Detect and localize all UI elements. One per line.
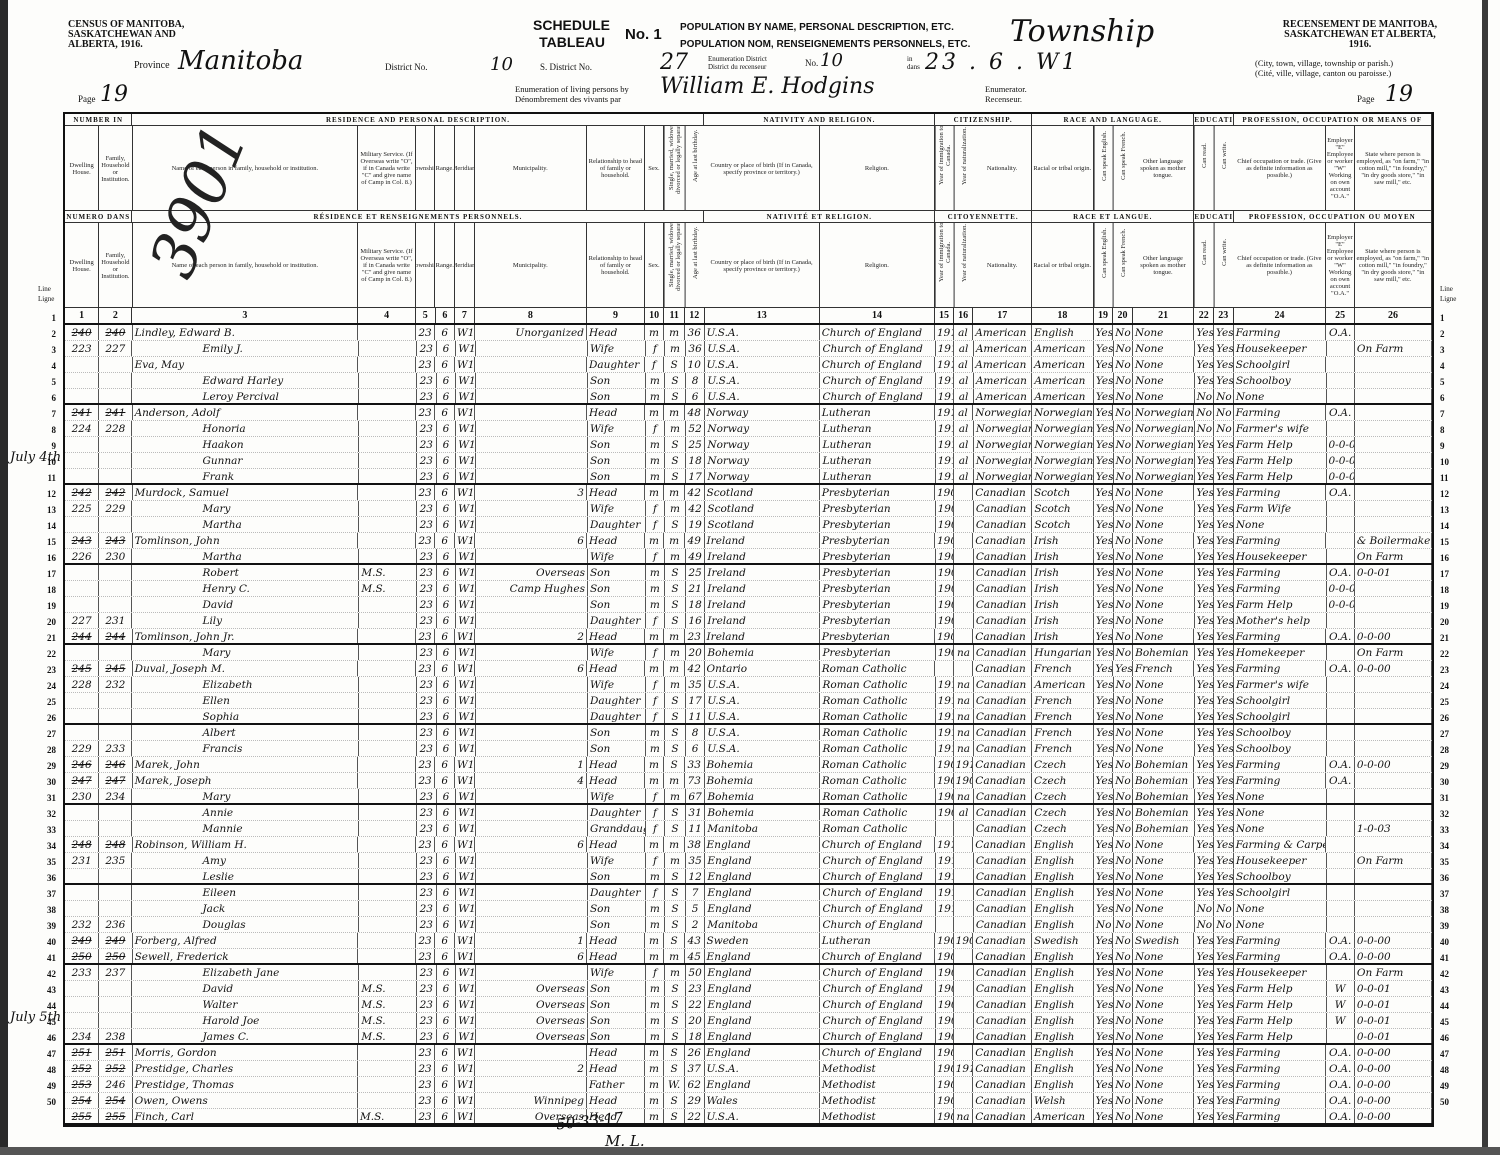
cell-read: Yes [1195,853,1215,868]
column-header: Can write. [1214,211,1234,307]
cell-mun: 4 [475,773,587,788]
cell-other_lang: Norwegian [1133,469,1195,483]
cell-twp: 23 [417,709,437,723]
cell-occ: Schoolgirl [1234,709,1327,723]
cell-c2: 235 [99,853,132,868]
line-number: 23 [30,662,56,678]
cell-read: Yes [1195,677,1215,692]
line-number: 15 [1440,534,1466,550]
cell-name: Jack [132,901,359,916]
cell-fr: No [1114,341,1134,356]
line-number: 24 [30,678,56,694]
cell-age: 33 [685,757,705,772]
cell-write: Yes [1214,533,1234,548]
cell-name: Mary [132,501,359,516]
column-number: 25 [1326,308,1354,323]
cell-imm: 1913 [935,325,954,340]
cell-mun: 2 [475,629,587,643]
cell-rel: Son [588,389,646,403]
cell-mun [476,453,588,468]
cell-eng: Yes [1094,709,1114,723]
cell-fr: No [1113,1061,1133,1076]
cell-write: Yes [1214,341,1234,356]
cell-where [1355,581,1432,596]
cell-sex: f [645,357,665,372]
cell-write: Yes [1214,837,1234,852]
cell-where: 0-0-01 [1355,1029,1432,1043]
cell-write: Yes [1214,869,1234,883]
cell-twp: 23 [417,517,437,532]
cell-rel_gion: Roman Catholic [820,661,935,676]
table-row: 242242Murdock, Samuel236W13Headmm42Scotl… [65,485,1432,501]
cell-rel_gion: Roman Catholic [820,709,935,723]
cell-emp [1327,869,1355,883]
cell-rge: 6 [435,1109,455,1123]
cell-nationality: Canadian [974,645,1033,660]
cell-rel: Son [588,869,646,883]
cell-nat_yr: al [954,805,974,820]
cell-nationality: Canadian [974,613,1033,628]
cell-mer: W1 [455,773,475,788]
margin-date-note: July 5th [10,1010,61,1025]
cell-rge: 6 [437,1013,457,1028]
cell-twp: 23 [417,981,437,996]
cell-mar: S [665,693,686,708]
cell-where: 0-0-01 [1355,981,1432,996]
cell-name: Ellen [132,693,359,708]
cell-c2: 244 [99,629,132,643]
column-header: Country or place of birth (If in Canada,… [704,211,819,307]
line-label-en: Line [38,284,54,294]
cell-read: Yes [1195,869,1215,883]
cell-name: Sophia [132,709,359,723]
cell-nationality: Canadian [974,501,1033,516]
cell-rel_gion: Church of England [820,837,935,852]
cell-name: Prestidge, Thomas [133,1077,358,1092]
cell-mer: W1 [456,501,476,516]
cell-mar: S [664,757,685,772]
line-number: 41 [1440,950,1466,966]
cell-age: 23 [686,981,706,996]
cell-birth: England [705,1045,820,1060]
cell-mun: 6 [475,837,587,852]
column-number: 18 [1032,308,1094,323]
cell-nationality: Canadian [974,677,1033,692]
cell-occ: Farming [1234,1109,1327,1123]
cell-read: Yes [1195,373,1215,388]
cell-twp: 23 [417,373,437,388]
cell-where [1355,677,1432,692]
cell-name: Lily [132,613,359,628]
cell-rel: Wife [588,501,646,516]
cell-occ: Housekeeper [1234,341,1327,356]
cell-nat_yr: al [954,373,974,388]
cell-birth: U.S.A. [705,741,820,756]
cell-eng: Yes [1094,885,1114,900]
cell-mil [359,341,417,356]
table-row: Eileen236W1DaughterfS7EnglandChurch of E… [65,885,1432,901]
cell-sex: m [646,453,666,468]
cell-where [1355,837,1432,852]
column-header: Religion. [820,211,935,307]
cell-mar: S [665,741,686,756]
cell-mil [359,901,417,916]
line-number: 6 [1440,390,1466,406]
cell-origin: Irish [1032,629,1094,643]
cell-read: Yes [1195,549,1215,563]
cell-occ: Farming [1234,325,1327,340]
cell-where: & Boilermaker [1355,533,1432,548]
cell-imm: 1908 [936,517,955,532]
cell-c2: 255 [99,1109,132,1123]
cell-eng: Yes [1094,981,1114,996]
cell-nat_yr: al [954,437,974,452]
cell-occ: Schoolgirl [1234,357,1327,372]
cell-age: 18 [686,597,706,612]
cell-other_lang: None [1133,581,1195,596]
cell-read: Yes [1194,757,1214,772]
cell-sex: m [646,725,666,740]
cell-mer: W1 [455,1109,475,1123]
cell-nat_yr [954,533,974,548]
cell-rge: 6 [435,1045,455,1060]
cell-mun [476,725,588,740]
column-header: Religion. [820,114,935,210]
cell-age: 49 [686,549,706,563]
cell-mun: 1 [475,757,587,772]
cell-eng: Yes [1094,741,1114,756]
cell-emp [1326,837,1354,852]
cell-age: 43 [685,933,705,948]
cell-mun [476,965,588,980]
line-number: 13 [1440,502,1466,518]
cell-twp: 23 [416,485,436,500]
cell-occ: Schoolboy [1234,869,1327,883]
cell-mun [476,597,588,612]
cell-birth: Norway [705,469,820,483]
cell-mil [359,421,417,436]
cell-occ: Farming [1234,405,1327,420]
cell-occ: Farming [1234,773,1327,788]
cell-fr: No [1114,1013,1134,1028]
cell-occ: Farm Wife [1234,501,1327,516]
cell-sex: m [646,437,666,452]
cell-birth: Ireland [705,565,820,580]
cell-name: Morris, Gordon [133,1045,358,1060]
cell-twp: 23 [417,965,437,980]
cell-c1: 227 [65,613,99,628]
cell-mun [475,1045,587,1060]
cell-imm: 1912 [935,837,954,852]
cell-rel_gion: Church of England [820,1013,935,1028]
cell-rge: 6 [437,997,457,1012]
cell-read: Yes [1194,773,1214,788]
cell-nationality: Canadian [973,629,1032,643]
header-row-en: Dwelling House.Family, Household or Inst… [65,114,1432,211]
cell-twp: 23 [417,821,437,836]
cell-rel_gion: Presbyterian [820,565,935,580]
cell-emp [1327,421,1355,436]
cell-c1: 224 [65,421,99,436]
cell-rel: Son [588,1013,646,1028]
cell-name: Albert [132,725,359,740]
cell-rel: Daughter [588,805,646,820]
cell-nationality: Canadian [973,1109,1032,1123]
cell-where: On Farm [1355,853,1432,868]
cell-rel: Son [588,901,646,916]
cell-occ: None [1234,805,1327,820]
cell-emp: O.A. [1326,1061,1354,1076]
table-row: 252252Prestidge, Charles236W12HeadmS37U.… [65,1061,1432,1077]
column-header: Municipality. [475,211,587,307]
enum-no-value: 10 [820,50,843,71]
cell-read: No [1195,389,1215,403]
cell-eng: Yes [1094,1077,1114,1092]
column-header: Can speak English. [1094,211,1114,307]
cell-other_lang: Bohemian [1133,805,1195,820]
cell-nat_yr: na [954,789,974,803]
cell-imm: 1907 [936,613,955,628]
column-header: Meridian. [455,114,475,210]
cell-nationality: Norwegian [974,421,1033,436]
cell-mil [358,933,416,948]
column-number: 4 [358,308,416,323]
table-row: 230234Mary236W1Wifefm67BohemiaRoman Cath… [65,789,1432,805]
cell-mil: M.S. [359,997,417,1012]
cell-read: Yes [1195,709,1215,723]
cell-eng: Yes [1094,821,1114,836]
cell-write: Yes [1214,373,1234,388]
column-header: Family, Household or Institution. [99,211,132,307]
line-number: 11 [1440,470,1466,486]
cell-write: Yes [1214,741,1234,756]
cell-twp: 23 [416,949,436,963]
cell-sex: m [646,981,666,996]
cell-origin: Irish [1032,549,1094,563]
column-header: Can read. [1194,114,1214,210]
cell-twp: 23 [417,725,437,740]
cell-imm: 1907 [935,533,954,548]
cell-fr: No [1114,469,1134,483]
cell-rel_gion: Presbyterian [820,533,935,548]
cell-twp: 23 [417,869,437,883]
cell-mil [359,853,417,868]
cell-eng: Yes [1094,549,1114,563]
cell-mil [359,885,417,900]
cell-mer: W1 [455,661,475,676]
cell-birth: Manitoba [705,917,820,932]
cell-rge: 6 [435,949,455,963]
cell-eng: Yes [1094,1093,1114,1108]
cell-eng: Yes [1094,453,1114,468]
column-number: 15 [935,308,954,323]
cell-nationality: American [974,389,1033,403]
cell-fr: No [1114,981,1134,996]
cell-name: Robert [132,565,359,580]
cell-where [1355,421,1432,436]
cell-mun: Overseas [476,997,588,1012]
cell-c1 [65,645,99,660]
cell-origin: Norwegian [1032,453,1094,468]
cell-rge: 6 [437,421,457,436]
cell-mil [359,709,417,723]
cell-rel: Wife [588,421,646,436]
line-number: 15 [30,534,56,550]
cell-twp: 23 [417,421,437,436]
table-row: Mary236W1Wifefm20BohemiaPresbyterian1907… [65,645,1432,661]
cell-mer: W1 [456,965,476,980]
cell-where [1355,597,1432,612]
table-row: WalterM.S.236W1OverseasSonmS22EnglandChu… [65,997,1432,1013]
cell-origin: English [1032,853,1094,868]
cell-nat_yr: na [954,1109,974,1123]
line-number: 20 [1440,614,1466,630]
cell-mer: W1 [456,645,476,660]
cell-c1 [65,453,99,468]
cell-rel: Head [587,933,645,948]
cell-twp: 23 [417,789,437,803]
cell-occ: Farming [1234,485,1327,500]
cell-read: Yes [1195,997,1215,1012]
cell-read: Yes [1194,1109,1214,1123]
cell-mun [476,437,588,452]
cell-occ: Farming [1234,533,1327,548]
cell-nat_yr [954,565,974,580]
cell-emp: 0-0-01 [1327,469,1355,483]
cell-mer: W1 [455,949,475,963]
cell-mar: m [664,325,685,340]
cell-mil [358,757,416,772]
cell-sex: m [646,389,666,403]
cell-origin: American [1032,389,1094,403]
column-number: 20 [1113,308,1133,323]
cell-nat_yr: al [954,469,974,483]
cell-nat_yr [954,837,974,852]
line-number: 12 [30,486,56,502]
cell-rel_gion: Roman Catholic [820,821,935,836]
cell-imm: 1900 [936,805,955,820]
cell-mar: S [665,821,686,836]
cell-twp: 23 [417,453,437,468]
cell-mer: W1 [456,341,476,356]
cell-nationality: Canadian [974,725,1033,740]
cell-sex: f [646,341,666,356]
cell-sex: m [645,757,665,772]
cell-mer: W1 [456,821,476,836]
cell-origin: American [1032,677,1094,692]
cell-eng: Yes [1094,853,1114,868]
cell-imm: 1906 [935,949,954,963]
cell-c2 [99,357,132,372]
line-number: 44 [1440,998,1466,1014]
column-number: 7 [455,308,475,323]
cell-nat_yr: al [954,325,974,340]
cell-name: Sewell, Frederick [133,949,358,963]
cell-age: 36 [685,325,705,340]
cell-mil [358,405,416,420]
cell-mil [359,965,417,980]
cell-where [1355,709,1432,723]
cell-mar: S [665,805,686,820]
cell-mil [358,837,416,852]
cell-eng: Yes [1094,997,1114,1012]
cell-imm: 1912 [936,853,955,868]
cell-name: Duval, Joseph M. [133,661,358,676]
cell-c2 [99,597,132,612]
cell-c2 [99,693,132,708]
cell-nat_yr: na [954,677,974,692]
cell-occ: Farm Help [1234,469,1327,483]
table-row: 255255Finch, CarlM.S.236W1OverseasHeadmS… [65,1109,1432,1125]
cell-nat_yr: na [954,709,974,723]
cell-occ: None [1234,917,1327,932]
cell-emp [1327,341,1355,356]
column-number: 23 [1214,308,1234,323]
cell-origin: English [1032,1013,1094,1028]
cell-nat_yr [954,869,974,883]
cell-emp [1327,885,1355,900]
cell-mil [359,725,417,740]
cell-age: 18 [686,453,706,468]
table-row: Harold JoeM.S.236W1OverseasSonmS20Englan… [65,1013,1432,1029]
cell-rge: 6 [435,357,455,372]
cell-other_lang: Norwegian [1133,421,1195,436]
cell-rge: 6 [437,789,457,803]
cell-rel_gion: Methodist [820,1093,935,1108]
cell-eng: Yes [1094,901,1114,916]
cell-imm: 1913 [936,373,955,388]
cell-name: Eva, May [133,357,358,372]
cell-rel: Head [587,629,645,643]
cell-age: 22 [685,1109,705,1123]
cell-origin: Irish [1032,581,1094,596]
line-number: 25 [1440,694,1466,710]
cell-age: 23 [685,629,705,643]
cell-age: 45 [685,949,705,963]
cell-name: Marek, Joseph [133,773,358,788]
cell-fr: No [1113,1045,1133,1060]
cell-mil: M.S. [359,565,417,580]
cell-mar: S [664,1061,685,1076]
cell-c2 [99,821,132,836]
table-row: 247247Marek, Joseph236W14Headmm73Bohemia… [65,773,1432,789]
cell-rel: Granddaughter [588,821,646,836]
cell-nat_yr [954,821,974,836]
cell-age: 25 [686,437,706,452]
cell-c1: 249 [65,933,99,948]
cell-sex: m [645,1061,665,1076]
cell-read: Yes [1194,533,1214,548]
line-number: 12 [1440,486,1466,502]
cell-mun [476,917,588,932]
column-header: Chief occupation or trade. (Give as defi… [1233,114,1326,210]
column-number: 1 [65,308,99,323]
cell-origin: American [1032,373,1094,388]
cell-emp [1327,389,1355,403]
cell-occ: None [1234,821,1327,836]
cell-name: Prestidge, Charles [133,1061,358,1076]
cell-origin: English [1032,965,1094,980]
cell-mil [359,821,417,836]
cell-sex: m [645,1045,665,1060]
cell-imm: 1913 [936,389,955,403]
cell-imm: 1906 [935,1093,954,1108]
cell-where: 1-0-03 [1355,821,1432,836]
cell-emp: O.A. [1326,1077,1354,1092]
cell-occ: Farming [1234,949,1327,963]
cell-mun [476,741,588,756]
cell-imm [935,661,954,676]
